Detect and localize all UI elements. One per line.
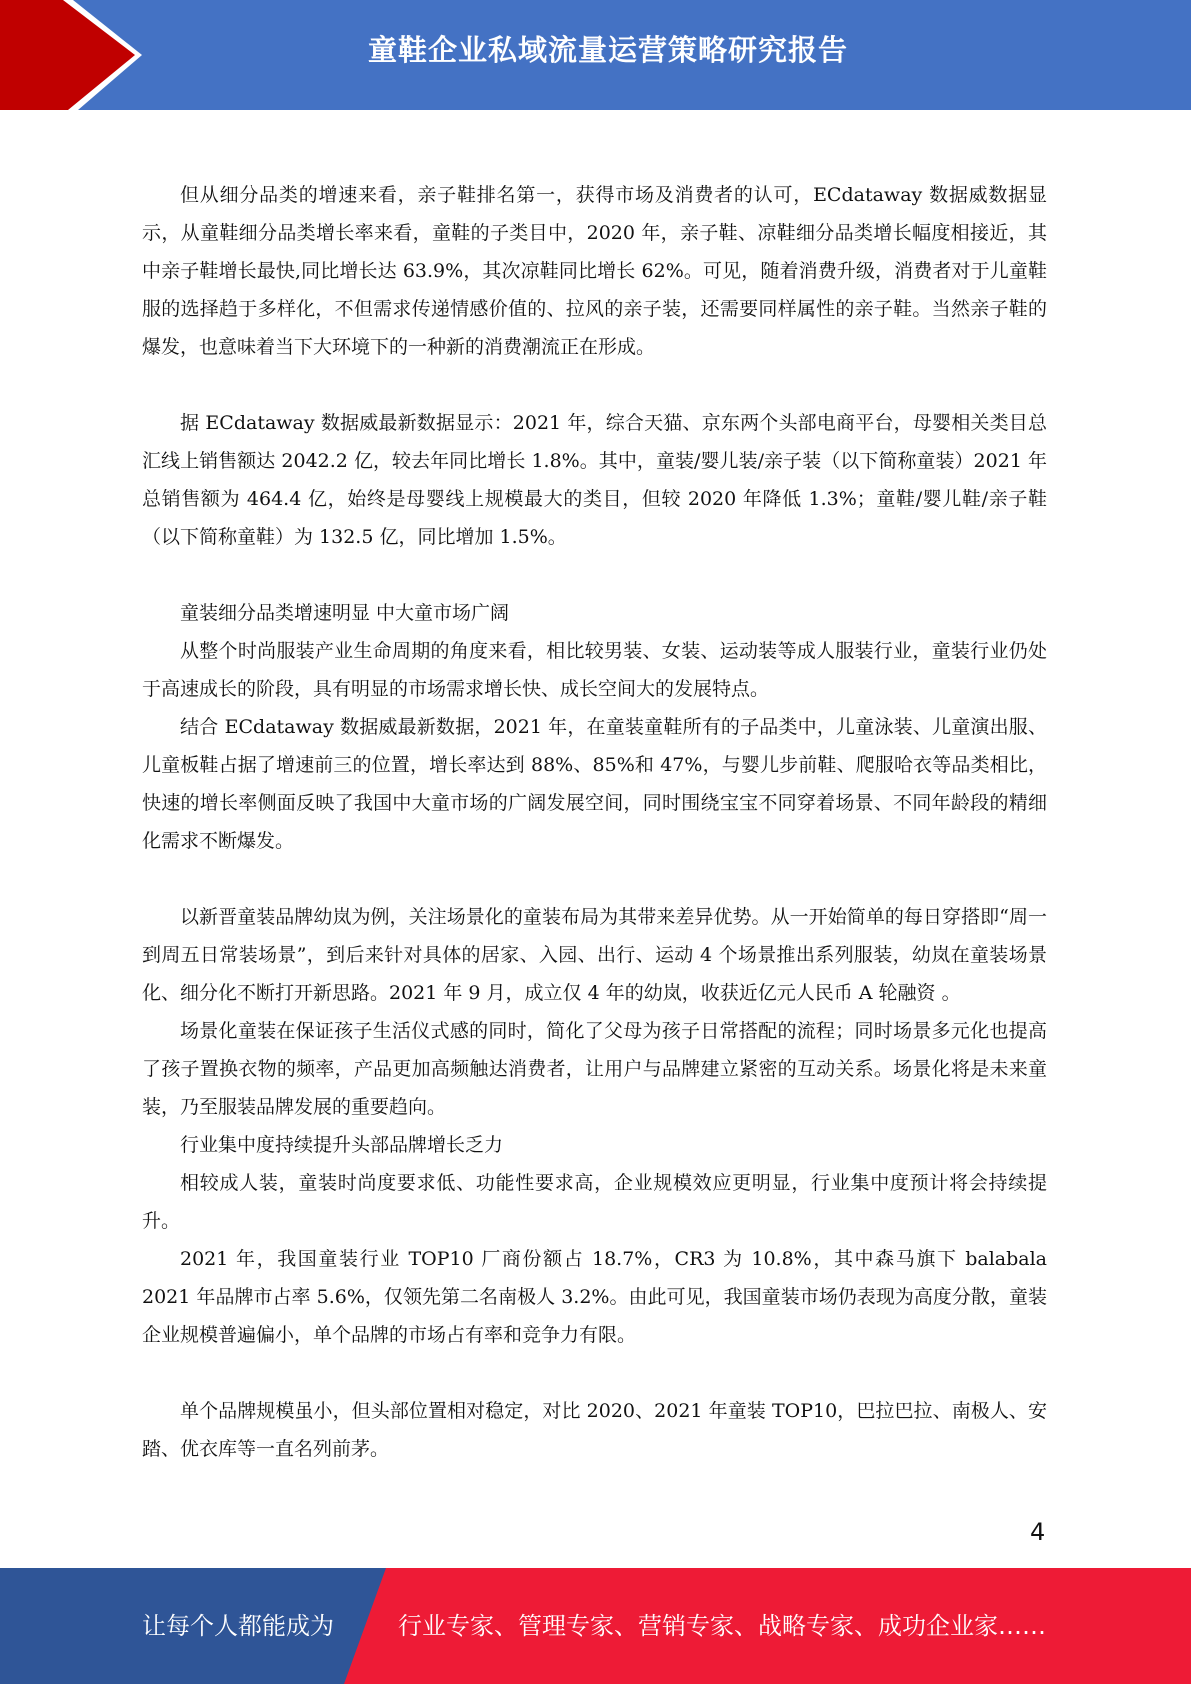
page-number: 4 (1030, 1518, 1045, 1546)
paragraph: 结合 ECdataway 数据威最新数据，2021 年，在童装童鞋所有的子品类中… (142, 708, 1047, 860)
paragraph: 2021 年，我国童装行业 TOP10 厂商份额占 18.7%，CR3 为 10… (142, 1240, 1047, 1354)
spacer (142, 556, 1047, 594)
spacer (142, 1354, 1047, 1392)
paragraph: 但从细分品类的增速来看，亲子鞋排名第一，获得市场及消费者的认可，ECdatawa… (142, 176, 1047, 366)
spacer (142, 366, 1047, 404)
paragraph: 从整个时尚服装产业生命周期的角度来看，相比较男装、女装、运动装等成人服装行业，童… (142, 632, 1047, 708)
paragraph: 以新晋童装品牌幼岚为例，关注场景化的童装布局为其带来差异优势。从一开始简单的每日… (142, 898, 1047, 1012)
footer-slogan-left: 让每个人都能成为 (142, 1568, 334, 1684)
section-heading: 行业集中度持续提升头部品牌增长乏力 (142, 1126, 1047, 1164)
page-footer: 让每个人都能成为 行业专家、管理专家、营销专家、战略专家、成功企业家…… (0, 1568, 1191, 1684)
report-title: 童鞋企业私域流量运营策略研究报告 (0, 0, 1191, 100)
spacer (142, 860, 1047, 898)
section-heading: 童装细分品类增速明显 中大童市场广阔 (142, 594, 1047, 632)
page-header: 童鞋企业私域流量运营策略研究报告 (0, 0, 1191, 110)
footer-slogan-right: 行业专家、管理专家、营销专家、战略专家、成功企业家…… (398, 1568, 1046, 1684)
document-body: 但从细分品类的增速来看，亲子鞋排名第一，获得市场及消费者的认可，ECdatawa… (142, 176, 1047, 1468)
paragraph: 据 ECdataway 数据威最新数据显示：2021 年，综合天猫、京东两个头部… (142, 404, 1047, 556)
paragraph: 场景化童装在保证孩子生活仪式感的同时，简化了父母为孩子日常搭配的流程；同时场景多… (142, 1012, 1047, 1126)
paragraph: 相较成人装，童装时尚度要求低、功能性要求高，企业规模效应更明显，行业集中度预计将… (142, 1164, 1047, 1240)
paragraph: 单个品牌规模虽小，但头部位置相对稳定，对比 2020、2021 年童装 TOP1… (142, 1392, 1047, 1468)
